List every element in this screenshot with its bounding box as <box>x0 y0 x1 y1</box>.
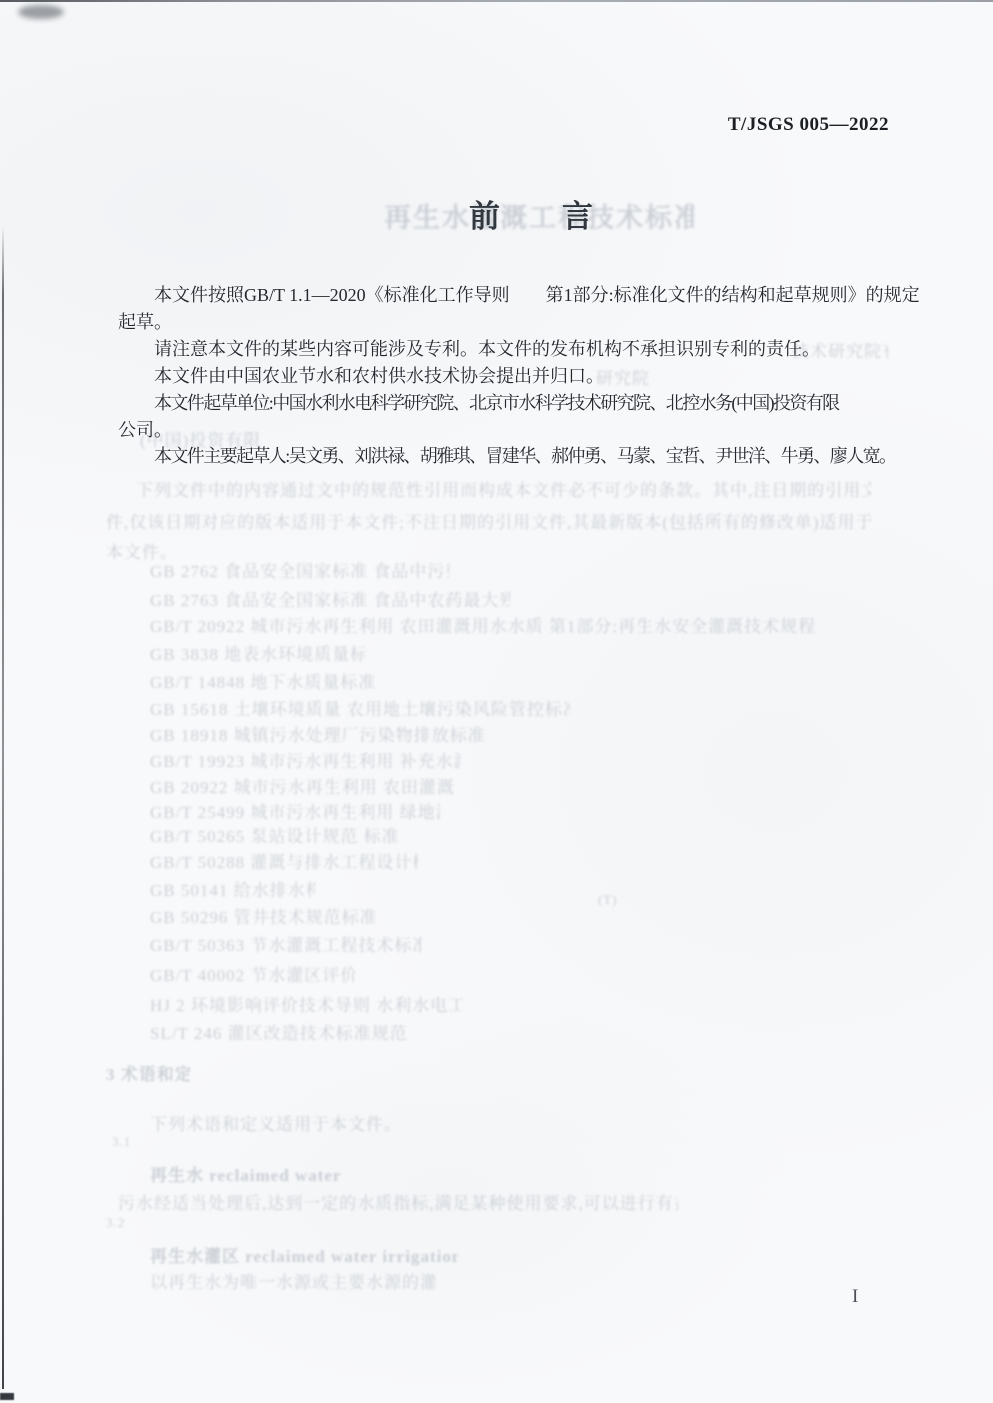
bleed-through-text: GB 2763 食品安全国家标准 食品中农药最大残留限量 <box>150 586 510 610</box>
standard-code: T/JSGS 005—2022 <box>728 114 889 136</box>
foreword-paragraphs: 本文件按照GB/T 1.1—2020《标准化工作导则 第1部分:标准化文件的结构… <box>118 282 908 470</box>
bleed-through-text: GB/T 19923 城市污水再生利用 补充水源水质 <box>150 747 460 771</box>
bleed-through-text: GB 20922 城市污水再生利用 农田灌溉用水 <box>150 773 455 797</box>
bleed-through-text: 3.2 <box>106 1215 132 1233</box>
scan-edge-top <box>0 0 993 2</box>
bleed-through-text: 3 术语和定义 <box>106 1060 190 1084</box>
bleed-through-text: GB/T 40002 节水灌区评价 <box>150 961 355 985</box>
scanned-document-page: 再生水灌溉工程技术标准 技术研究院有研究院(中国)投资有限下列文件中的内容通过文… <box>0 0 993 1403</box>
foreword-line: 本文件按照GB/T 1.1—2020《标准化工作导则 第1部分:标准化文件的结构… <box>118 282 908 309</box>
bleed-through-text: GB/T 50363 节水灌溉工程技术标准 <box>150 931 422 955</box>
page-number: I <box>852 1286 858 1308</box>
bleed-through-text: GB 3838 地表水环境质量标准 <box>150 640 365 664</box>
bleed-through-text: GB/T 25499 城市污水再生利用 绿地灌溉 <box>150 798 440 822</box>
foreword-line: 本文件主要起草人:吴文勇、刘洪禄、胡雅琪、冒建华、郝仲勇、马蒙、宝哲、尹世洋、牛… <box>118 443 908 470</box>
bleed-through-text: 再生水 reclaimed water <box>150 1161 345 1185</box>
scan-corner-smudge <box>18 5 64 19</box>
bleed-through-text: 下列文件中的内容通过文中的规范性引用而构成本文件必不可少的条款。其中,注日期的引… <box>136 476 871 500</box>
bleed-through-text: GB/T 50265 泵站设计规范 标准 <box>150 822 400 846</box>
bleed-through-text: 污水经适当处理后,达到一定的水质指标,满足某种使用要求,可以进行有益使用的水。 <box>118 1189 678 1213</box>
bleed-through-text: 本文件。 <box>106 538 172 562</box>
scan-edge-left <box>2 225 4 1389</box>
bleed-through-text: 再生水灌区 reclaimed water irrigation area <box>150 1242 458 1266</box>
foreword-line: 本文件由中国农业节水和农村供水技术协会提出并归口。 <box>118 363 908 390</box>
bleed-through-text: GB 50296 管井技术规范标准 <box>150 903 375 927</box>
bleed-through-text: (T) <box>598 892 632 910</box>
bleed-through-text: GB 50141 给水排水构筑物 <box>150 876 315 900</box>
foreword-line: 公司。 <box>118 417 908 444</box>
bleed-through-text: 以再生水为唯一水源或主要水源的灌区。 <box>150 1268 435 1292</box>
bleed-through-text: GB/T 20922 城市污水再生利用 农田灌溉用水水质 第1部分:再生水安全灌… <box>150 612 838 636</box>
bleed-through-text: 3.1 <box>112 1134 140 1152</box>
bleed-through-text: GB/T 14848 地下水质量标准 <box>150 668 378 692</box>
scan-corner-tick <box>0 1393 14 1400</box>
bleed-through-text: GB 15618 土壤环境质量 农用地土壤污染风险管控标准(试行) <box>150 695 570 719</box>
bleed-through-text: GB 18918 城镇污水处理厂污染物排放标准 <box>150 721 490 745</box>
foreword-line: 请注意本文件的某些内容可能涉及专利。本文件的发布机构不承担识别专利的责任。 <box>118 336 908 363</box>
foreword-line: 起草。 <box>118 309 908 336</box>
bleed-through-text: SL/T 246 灌区改造技术标准规范 <box>150 1019 425 1043</box>
foreword-line: 本文件起草单位:中国水利水电科学研究院、北京市水科学技术研究院、北控水务(中国)… <box>118 390 908 417</box>
bleed-through-text: GB 2762 食品安全国家标准 食品中污染物限量 <box>150 557 450 581</box>
bleed-through-text: 件,仅该日期对应的版本适用于本文件;不注日期的引用文件,其最新版本(包括所有的修… <box>106 508 878 532</box>
bleed-through-text: HJ 2 环境影响评价技术导则 水利水电工程 <box>150 991 462 1015</box>
bleed-through-text: GB/T 50288 灌溉与排水工程设计标准 <box>150 848 418 872</box>
bleed-through-text: 下列术语和定义适用于本文件。 <box>150 1110 400 1134</box>
page-title: 前 言 <box>469 191 593 236</box>
